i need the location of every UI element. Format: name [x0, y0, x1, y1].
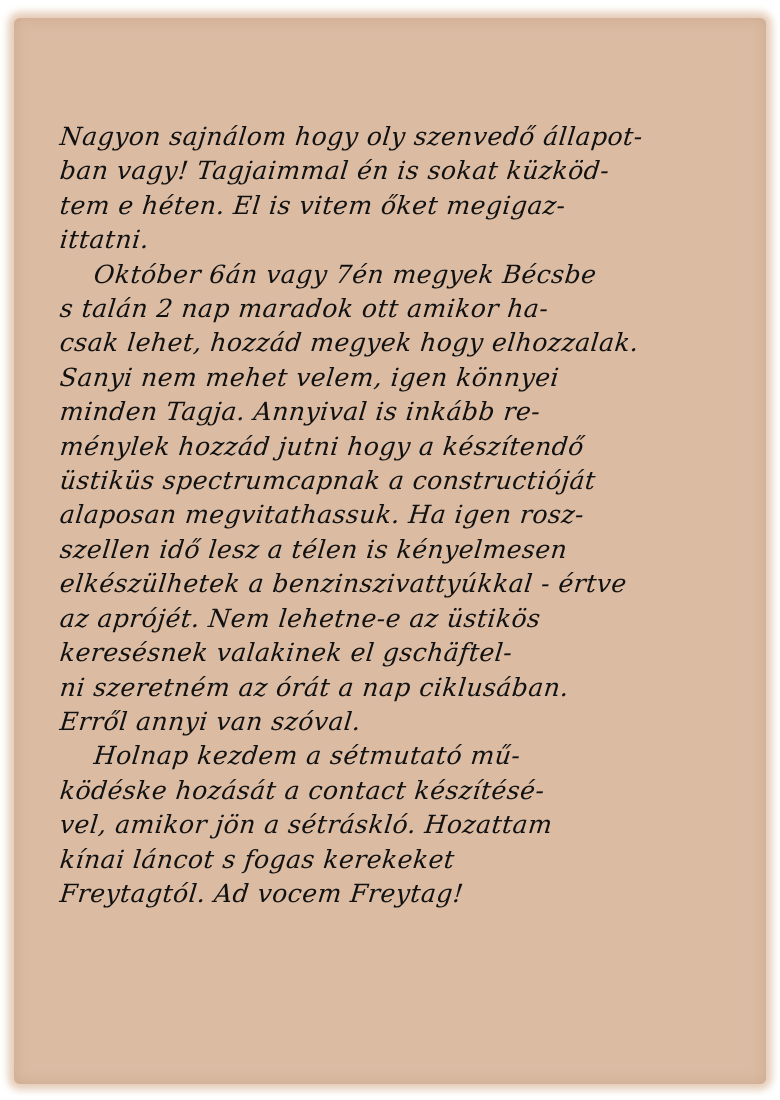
- letter-line: az aprójét. Nem lehetne-e az üstikös: [58, 602, 762, 636]
- letter-line: ittatni.: [58, 223, 762, 257]
- letter-line: szellen idő lesz a télen is kényelmesen: [58, 533, 762, 567]
- letter-line: Freytagtól. Ad vocem Freytag!: [58, 877, 762, 911]
- letter-line: keresésnek valakinek el gschäftel-: [58, 636, 762, 670]
- letter-paper: Nagyon sajnálom hogy oly szenvedő állapo…: [14, 18, 766, 1084]
- letter-line: Október 6án vagy 7én megyek Bécsbe: [58, 258, 762, 292]
- letter-line: elkészülhetek a benzinszivattyúkkal - ér…: [58, 567, 762, 601]
- letter-body: Nagyon sajnálom hogy oly szenvedő állapo…: [60, 120, 760, 911]
- letter-line: ménylek hozzád jutni hogy a készítendő: [58, 430, 762, 464]
- letter-line: ködéske hozását a contact készítésé-: [58, 774, 762, 808]
- letter-line: kínai láncot s fogas kerekeket: [58, 843, 762, 877]
- letter-line: Nagyon sajnálom hogy oly szenvedő állapo…: [58, 120, 762, 154]
- letter-line: ni szeretném az órát a nap ciklusában.: [58, 671, 762, 705]
- letter-line: alaposan megvitathassuk. Ha igen rosz-: [58, 498, 762, 532]
- letter-line: tem e héten. El is vitem őket megigaz-: [58, 189, 762, 223]
- letter-line: csak lehet, hozzád megyek hogy elhozzala…: [58, 326, 762, 360]
- letter-line: minden Tagja. Annyival is inkább re-: [58, 395, 762, 429]
- letter-line: Sanyi nem mehet velem, igen könnyei: [58, 361, 762, 395]
- letter-line: Holnap kezdem a sétmutató mű-: [58, 739, 762, 773]
- letter-line: ban vagy! Tagjaimmal én is sokat küzköd-: [58, 154, 762, 188]
- letter-line: vel, amikor jön a sétráskló. Hozattam: [58, 808, 762, 842]
- letter-line: Erről annyi van szóval.: [58, 705, 762, 739]
- letter-line: üstiküs spectrumcapnak a constructióját: [58, 464, 762, 498]
- letter-line: s talán 2 nap maradok ott amikor ha-: [58, 292, 762, 326]
